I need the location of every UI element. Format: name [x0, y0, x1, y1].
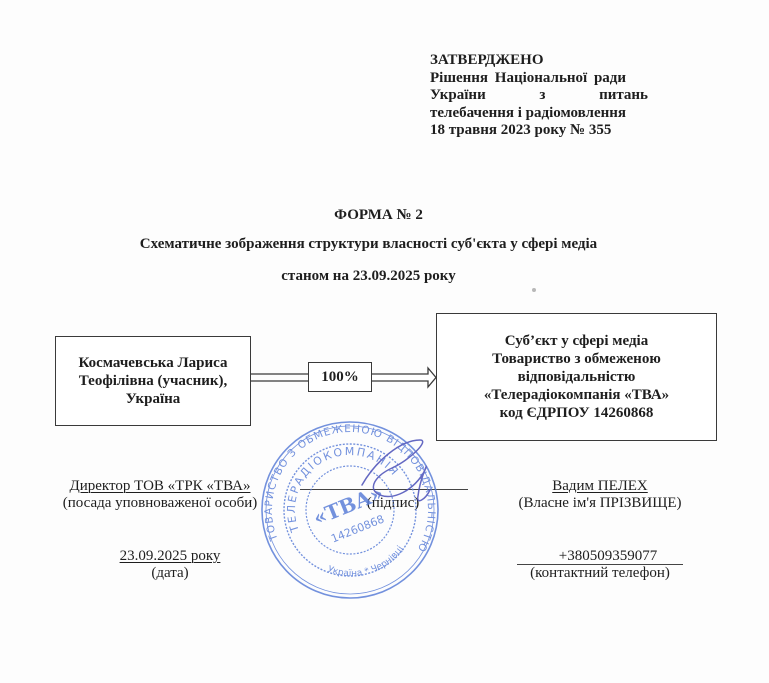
phone-label: (контактний телефон) [500, 565, 700, 582]
media-subject-box: Суб’єкт у сфері медіа Товариство з обмеж… [436, 313, 717, 441]
owner-box: Космачевська Лариса Теофілівна (учасник)… [55, 336, 251, 426]
form-date: станом на 23.09.2025 року [0, 268, 753, 285]
name-field: Вадим ПЕЛЕХ (Власне ім'я ПРІЗВИЩЕ) [490, 478, 710, 512]
position-value: Директор ТОВ «ТРК «ТВА» [40, 478, 280, 495]
form-number: ФОРМА № 2 [0, 207, 763, 224]
stamp-inner-text: ТЕЛЕРАДІОКОМПАНІЯ [265, 426, 409, 535]
date-label: (дата) [70, 565, 270, 582]
approval-line-1: Рішення Національної ради [430, 70, 648, 88]
name-label: (Власне ім'я ПРІЗВИЩЕ) [490, 495, 710, 512]
svg-text:Україна * Чернівці: Україна * Чернівці [323, 536, 410, 592]
handwritten-signature [362, 440, 430, 501]
approval-line-3: телебачення і радіомовлення [430, 105, 648, 123]
stamp-code: 14260868 [329, 512, 386, 545]
name-value: Вадим ПЕЛЕХ [552, 478, 648, 494]
form-title: Схематичне зображення структури власност… [0, 236, 753, 253]
date-value: 23.09.2025 року [120, 548, 221, 564]
scan-speck [532, 288, 536, 292]
signature-line [300, 489, 468, 490]
approval-line-2: України з питань [430, 87, 648, 105]
approval-block: ЗАТВЕРДЖЕНО Рішення Національної ради Ук… [430, 52, 648, 140]
approval-line-4: 18 травня 2023 року № 355 [430, 122, 648, 140]
position-field: Директор ТОВ «ТРК «ТВА» (посада уповнова… [40, 478, 280, 512]
approval-title: ЗАТВЕРДЖЕНО [430, 52, 648, 70]
stamp-bottom-text: Україна * Чернівці [323, 536, 410, 592]
signature-label: (підпис) [300, 495, 468, 512]
phone-value: +380509359077 [517, 548, 683, 565]
phone-field: +380509359077 (контактний телефон) [500, 548, 700, 582]
share-percentage: 100% [308, 362, 372, 392]
position-label: (посада уповноваженої особи) [40, 495, 280, 512]
svg-text:ТЕЛЕРАДІОКОМПАНІЯ: ТЕЛЕРАДІОКОМПАНІЯ [265, 426, 409, 535]
date-field: 23.09.2025 року (дата) [70, 548, 270, 582]
